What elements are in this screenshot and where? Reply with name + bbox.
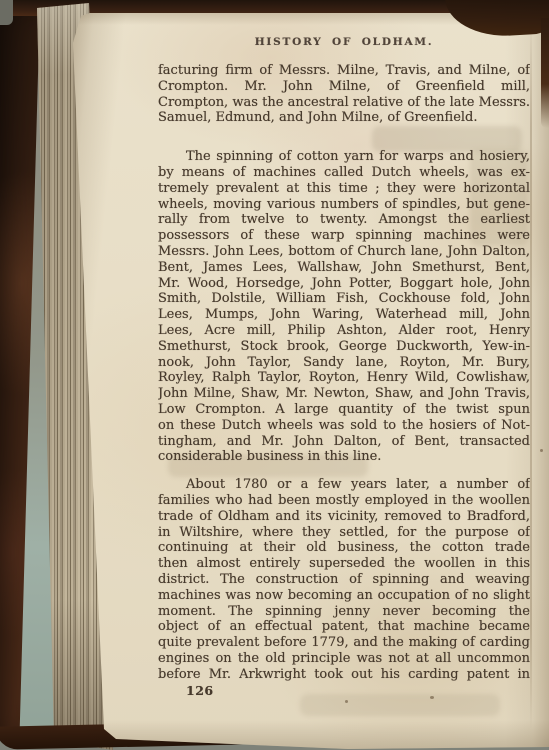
text-line: Smethurst, Stock brook, George Duckworth… [158, 339, 530, 355]
text-line: engines on the old principle was not at … [158, 651, 530, 667]
text-line: facturing firm of Messrs. Milne, Travis,… [158, 63, 530, 79]
text-line: About 1780 or a few years later, a numbe… [158, 477, 530, 493]
text-line: Lees, Acre mill, Philip Ashton, Alder ro… [158, 323, 530, 339]
foxing-speck [540, 449, 543, 452]
text-line: wheels, moving various numbers of spindl… [158, 197, 530, 213]
text-line: in Wiltshire, where they settled, for th… [158, 525, 530, 541]
page-number-folio: 126 [158, 684, 530, 698]
text-line: Crompton, was the ancestral relative of … [158, 95, 530, 111]
body-text: facturing firm of Messrs. Milne, Travis,… [158, 63, 530, 682]
text-line: machines was now becoming an occupation … [158, 588, 530, 604]
text-line: tingham, and Mr. John Dalton, of Bent, t… [158, 434, 530, 450]
text-line: Samuel, Edmund, and John Milne, of Green… [158, 110, 530, 126]
foxing-speck [345, 700, 348, 703]
running-header: HISTORY OF OLDHAM. [158, 36, 530, 48]
text-line: moment. The spinning jenny never becomin… [158, 604, 530, 620]
book-cover-right-edge [541, 18, 549, 128]
text-line: families who had been mostly employed in… [158, 493, 530, 509]
text-line: by means of machines called Dutch wheels… [158, 165, 530, 181]
text-line: The spinning of cotton yarn for warps an… [158, 149, 530, 165]
text-line: Mr. Wood, Horsedge, John Potter, Boggart… [158, 276, 530, 292]
text-line: before Mr. Arkwright took out his cardin… [158, 667, 530, 683]
text-line: John Milne, Shaw, Mr. Newton, Shaw, and … [158, 386, 530, 402]
background-corner-notch [0, 0, 13, 25]
text-line: Bent, James Lees, Wallshaw, John Smethur… [158, 260, 530, 276]
paragraph: The spinning of cotton yarn for warps an… [158, 149, 530, 465]
text-line: continuing at their old business, the co… [158, 540, 530, 556]
text-line: object of an effectual patent, that mach… [158, 619, 530, 635]
page-gutter-crease [530, 20, 532, 730]
text-line: nook, John Taylor, Sandy lane, Royton, M… [158, 355, 530, 371]
text-line: rally from twelve to twenty. Amongst the… [158, 212, 530, 228]
text-line: Low Crompton. A large quantity of the tw… [158, 402, 530, 418]
text-line: Royley, Ralph Taylor, Royton, Henry Wild… [158, 370, 530, 386]
page-text: HISTORY OF OLDHAM. facturing firm of Mes… [158, 36, 530, 698]
text-line: tremely prevalent at this time ; they we… [158, 181, 530, 197]
text-line: Crompton. Mr. John Milne, of Greenfield … [158, 79, 530, 95]
paragraph: facturing firm of Messrs. Milne, Travis,… [158, 63, 530, 126]
text-line: Smith, Dolstile, William Fish, Cockhouse… [158, 291, 530, 307]
text-line: quite prevalent before 1779, and the mak… [158, 635, 530, 651]
text-line: then almost entirely superseded the wool… [158, 556, 530, 572]
text-line: on these Dutch wheels was sold to the ho… [158, 418, 530, 434]
text-line: Lees, Mumps, John Waring, Waterhead mill… [158, 307, 530, 323]
text-line: possessors of these warp spinning machin… [158, 228, 530, 244]
paragraph: About 1780 or a few years later, a numbe… [158, 477, 530, 682]
text-line: trade of Oldham and its vicinity, remove… [158, 509, 530, 525]
text-line: considerable business in this line. [158, 449, 530, 465]
text-line: Messrs. John Lees, bottom of Church lane… [158, 244, 530, 260]
scanned-book-photo: HISTORY OF OLDHAM. facturing firm of Mes… [0, 0, 549, 750]
text-line: district. The construction of spinning a… [158, 572, 530, 588]
